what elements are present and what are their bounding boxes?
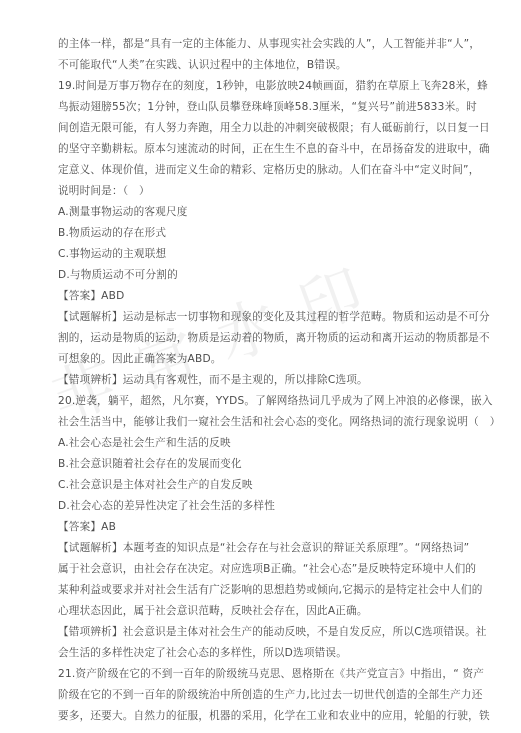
text-line: D.社会心态的差异性决定了社会生活的多样性 xyxy=(58,496,470,517)
text-line: 21.资产阶级在它的不到一百年的阶级统马克思、恩格斯在《共产党宣言》中指出，“ … xyxy=(58,664,470,685)
text-line: 社会生活当中，能够让我们一窥社会生活和社会心态的变化。网络热词的流行现象说明（ … xyxy=(58,412,470,433)
text-line: 阶级在它的不到一百年的阶级统治中所创造的生产力,比过去一切世代创造的全部生产力还 xyxy=(58,685,470,706)
q19-answer: 【答案】ABD xyxy=(58,286,470,307)
text-line: C.社会意识是主体对社会生产的自发反映 xyxy=(58,475,470,496)
text-line: 的坚守辛勤耕耘。原本匀速流动的时间，正在生生不息的奋斗中，在昂扬奋发的进取中，确 xyxy=(58,139,470,160)
text-line: 19.时间是万事万物存在的刻度，1秒钟，电影放映24帧画面，猎豹在草原上飞奔28… xyxy=(58,76,470,97)
q21-stem: 21.资产阶级在它的不到一百年的阶级统马克思、恩格斯在《共产党宣言》中指出，“ … xyxy=(58,664,470,727)
q20-answer: 【答案】AB xyxy=(58,517,470,538)
text-line: A.社会心态是社会生产和生活的反映 xyxy=(58,433,470,454)
text-line: D.与物质运动不可分割的 xyxy=(58,265,470,286)
text-line: 20.逆袭，躺平，超然，凡尔赛，YYDS。了解网络热词几乎成为了网上冲浪的必修课… xyxy=(58,391,470,412)
text-line: 说明时间是：（ ） xyxy=(58,181,470,202)
q20-options: A.社会心态是社会生产和生活的反映B.社会意识随着社会存在的发展而变化C.社会意… xyxy=(58,433,470,517)
text-line: B.物质运动的存在形式 xyxy=(58,223,470,244)
q19-analysis: 【试题解析】运动是标志一切事物和现象的变化及其过程的哲学范畴。物质和运动是不可分… xyxy=(58,307,470,370)
text-line: 【试题解析】本题考查的知识点是“社会存在与社会意识的辩证关系原理”。“网络热词” xyxy=(58,538,470,559)
text-line: 鸟振动翅膀55次；1分钟，登山队员攀登珠峰顶峰58.3厘米，“复兴号”前进583… xyxy=(58,97,470,118)
text-line: 可想象的。因此正确答案为ABD。 xyxy=(58,349,470,370)
text-line: 不可能取代“人类”在实践、认识过程中的主体地位，B错误。 xyxy=(58,55,470,76)
text-line: 割的，运动是物质的运动，物质是运动着的物质，离开物质的运动和离开运动的物质都是不 xyxy=(58,328,470,349)
text-line: 某种利益或要求并对社会生活有广泛影响的思想趋势或倾向,它揭示的是特定社会中人们的 xyxy=(58,580,470,601)
text-line: 【答案】AB xyxy=(58,517,470,538)
q19-stem: 19.时间是万事万物存在的刻度，1秒钟，电影放映24帧画面，猎豹在草原上飞奔28… xyxy=(58,76,470,202)
text-line: 定意义、体现价值，进而定义生命的精彩、定格历史的脉动。人们在奋斗中“定义时间”， xyxy=(58,160,470,181)
text-line: 【答案】ABD xyxy=(58,286,470,307)
text-line: 【错项辨析】运动具有客观性，而不是主观的，所以排除C选项。 xyxy=(58,370,470,391)
document-page: 非常水印 的主体一样，都是“具有一定的主体能力、从事现实社会实践的人”，人工智能… xyxy=(0,0,521,733)
q20-analysis: 【试题解析】本题考查的知识点是“社会存在与社会意识的辩证关系原理”。“网络热词”… xyxy=(58,538,470,622)
q19-options: A.测量事物运动的客观尺度B.物质运动的存在形式C.事物运动的主观联想D.与物质… xyxy=(58,202,470,286)
q19-error-analysis: 【错项辨析】运动具有客观性，而不是主观的，所以排除C选项。 xyxy=(58,370,470,391)
text-line: 的主体一样，都是“具有一定的主体能力、从事现实社会实践的人”，人工智能并非“人”… xyxy=(58,34,470,55)
text-line: 会生活的多样性决定了社会心态的多样性，所以D选项错误。 xyxy=(58,643,470,664)
q20-stem: 20.逆袭，躺平，超然，凡尔赛，YYDS。了解网络热词几乎成为了网上冲浪的必修课… xyxy=(58,391,470,433)
text-line: 心理状态因此，属于社会意识范畴，反映社会存在，因此A正确。 xyxy=(58,601,470,622)
text-line: 要多，还要大。自然力的征服，机器的采用，化学在工业和农业中的应用，轮船的行驶，铁 xyxy=(58,706,470,727)
q18-explanation-continued: 的主体一样，都是“具有一定的主体能力、从事现实社会实践的人”，人工智能并非“人”… xyxy=(58,34,470,76)
text-line: 【错项辨析】社会意识是主体对社会生产的能动反映，不是自发反应，所以C选项错误。社 xyxy=(58,622,470,643)
text-line: C.事物运动的主观联想 xyxy=(58,244,470,265)
text-line: A.测量事物运动的客观尺度 xyxy=(58,202,470,223)
document-content: 的主体一样，都是“具有一定的主体能力、从事现实社会实践的人”，人工智能并非“人”… xyxy=(58,34,470,727)
text-line: 间创造无限可能，有人努力奔跑，用全力以赴的冲刺突破极限；有人砥砺前行，以日复一日 xyxy=(58,118,470,139)
text-line: 【试题解析】运动是标志一切事物和现象的变化及其过程的哲学范畴。物质和运动是不可分 xyxy=(58,307,470,328)
q20-error-analysis: 【错项辨析】社会意识是主体对社会生产的能动反映，不是自发反应，所以C选项错误。社… xyxy=(58,622,470,664)
text-line: B.社会意识随着社会存在的发展而变化 xyxy=(58,454,470,475)
text-line: 属于社会意识，由社会存在决定。对应选项B正确。“社会心态”是反映特定环境中人们的 xyxy=(58,559,470,580)
